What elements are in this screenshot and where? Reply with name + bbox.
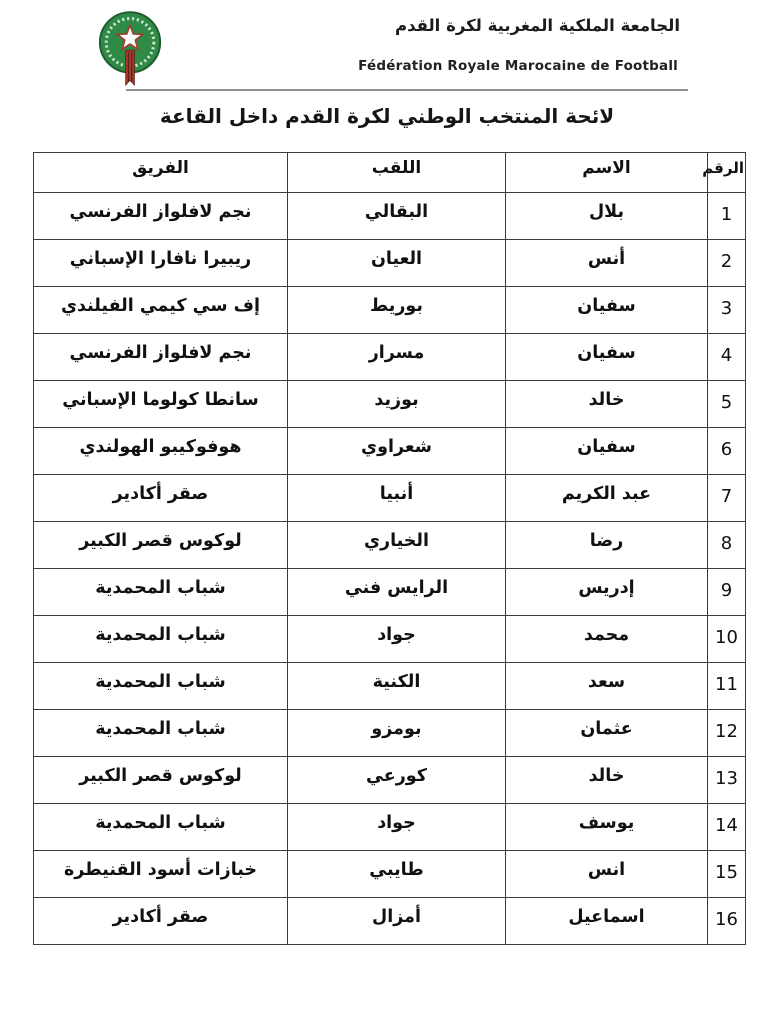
table-row: 7 عبد الكريم أنبيا صقر أكادير — [34, 475, 746, 522]
cell-first-name: محمد — [506, 616, 708, 663]
cell-team: سانطا كولوما الإسباني — [34, 381, 288, 428]
table-row: 10 محمد جواد شباب المحمدية — [34, 616, 746, 663]
table-row: 15 انس طايبي خبازات أسود القنيطرة — [34, 851, 746, 898]
cell-number: 5 — [708, 381, 746, 428]
cell-last-name: البقالي — [288, 193, 506, 240]
cell-number: 14 — [708, 804, 746, 851]
cell-number: 13 — [708, 757, 746, 804]
cell-number: 7 — [708, 475, 746, 522]
cell-first-name: عبد الكريم — [506, 475, 708, 522]
cell-first-name: سفيان — [506, 334, 708, 381]
cell-first-name: يوسف — [506, 804, 708, 851]
cell-last-name: الكنية — [288, 663, 506, 710]
table-row: 4 سفيان مسرار نجم لافلواز الفرنسي — [34, 334, 746, 381]
table-row: 13 خالد كورعي لوكوس قصر الكبير — [34, 757, 746, 804]
cell-first-name: اسماعيل — [506, 898, 708, 945]
page-title: لائحة المنتخب الوطني لكرة القدم داخل الق… — [0, 104, 774, 128]
cell-number: 15 — [708, 851, 746, 898]
cell-first-name: خالد — [506, 757, 708, 804]
cell-team: شباب المحمدية — [34, 710, 288, 757]
table-row: 16 اسماعيل أمزال صقر أكادير — [34, 898, 746, 945]
cell-last-name: بومزو — [288, 710, 506, 757]
document-page: الجامعة الملكية المغربية لكرة القدم Fédé… — [0, 0, 774, 1024]
cell-number: 11 — [708, 663, 746, 710]
cell-number: 3 — [708, 287, 746, 334]
cell-last-name: شعراوي — [288, 428, 506, 475]
table-row: 1 بلال البقالي نجم لافلواز الفرنسي — [34, 193, 746, 240]
col-header-first-name: الاسم — [506, 153, 708, 193]
cell-first-name: خالد — [506, 381, 708, 428]
cell-number: 4 — [708, 334, 746, 381]
cell-team: صقر أكادير — [34, 898, 288, 945]
cell-last-name: كورعي — [288, 757, 506, 804]
cell-team: شباب المحمدية — [34, 569, 288, 616]
cell-number: 1 — [708, 193, 746, 240]
table-row: 3 سفيان بوريط إف سي كيمي الفيلندي — [34, 287, 746, 334]
cell-last-name: جواد — [288, 804, 506, 851]
cell-first-name: سفيان — [506, 287, 708, 334]
cell-last-name: جواد — [288, 616, 506, 663]
table-header-row: الرقم الاسم اللقب الفريق — [34, 153, 746, 193]
cell-number: 6 — [708, 428, 746, 475]
cell-first-name: سعد — [506, 663, 708, 710]
col-header-last-name: اللقب — [288, 153, 506, 193]
cell-team: صقر أكادير — [34, 475, 288, 522]
col-header-team: الفريق — [34, 153, 288, 193]
cell-team: ريبيرا نافارا الإسباني — [34, 240, 288, 287]
cell-team: نجم لافلواز الفرنسي — [34, 334, 288, 381]
cell-team: خبازات أسود القنيطرة — [34, 851, 288, 898]
cell-last-name: أمزال — [288, 898, 506, 945]
table-row: 14 يوسف جواد شباب المحمدية — [34, 804, 746, 851]
cell-number: 12 — [708, 710, 746, 757]
table-row: 8 رضا الخياري لوكوس قصر الكبير — [34, 522, 746, 569]
col-header-number: الرقم — [708, 153, 746, 193]
cell-team: نجم لافلواز الفرنسي — [34, 193, 288, 240]
cell-last-name: مسرار — [288, 334, 506, 381]
cell-last-name: الرايس فني — [288, 569, 506, 616]
cell-last-name: الخياري — [288, 522, 506, 569]
table-row: 9 إدريس الرايس فني شباب المحمدية — [34, 569, 746, 616]
cell-last-name: أنبيا — [288, 475, 506, 522]
cell-number: 8 — [708, 522, 746, 569]
table-row: 6 سفيان شعراوي هوفوكيبو الهولندي — [34, 428, 746, 475]
cell-last-name: بوزيد — [288, 381, 506, 428]
cell-team: هوفوكيبو الهولندي — [34, 428, 288, 475]
cell-number: 2 — [708, 240, 746, 287]
cell-first-name: انس — [506, 851, 708, 898]
cell-team: شباب المحمدية — [34, 663, 288, 710]
cell-number: 9 — [708, 569, 746, 616]
cell-first-name: إدريس — [506, 569, 708, 616]
cell-team: لوكوس قصر الكبير — [34, 522, 288, 569]
table-row: 2 أنس العيان ريبيرا نافارا الإسباني — [34, 240, 746, 287]
cell-team: لوكوس قصر الكبير — [34, 757, 288, 804]
cell-first-name: رضا — [506, 522, 708, 569]
cell-last-name: بوريط — [288, 287, 506, 334]
org-name-arabic: الجامعة الملكية المغربية لكرة القدم — [395, 16, 680, 35]
cell-last-name: طايبي — [288, 851, 506, 898]
table-row: 12 عثمان بومزو شباب المحمدية — [34, 710, 746, 757]
frmf-crest-logo — [97, 8, 165, 100]
header-divider — [126, 89, 688, 91]
cell-team: شباب المحمدية — [34, 616, 288, 663]
cell-first-name: عثمان — [506, 710, 708, 757]
crest-ribbon-icon — [126, 50, 135, 85]
org-name-french: Fédération Royale Marocaine de Football — [358, 58, 678, 74]
roster-table: الرقم الاسم اللقب الفريق 1 بلال البقالي … — [33, 152, 746, 945]
cell-team: إف سي كيمي الفيلندي — [34, 287, 288, 334]
cell-last-name: العيان — [288, 240, 506, 287]
cell-team: شباب المحمدية — [34, 804, 288, 851]
cell-first-name: أنس — [506, 240, 708, 287]
cell-number: 10 — [708, 616, 746, 663]
cell-first-name: سفيان — [506, 428, 708, 475]
cell-first-name: بلال — [506, 193, 708, 240]
table-row: 11 سعد الكنية شباب المحمدية — [34, 663, 746, 710]
table-row: 5 خالد بوزيد سانطا كولوما الإسباني — [34, 381, 746, 428]
cell-number: 16 — [708, 898, 746, 945]
